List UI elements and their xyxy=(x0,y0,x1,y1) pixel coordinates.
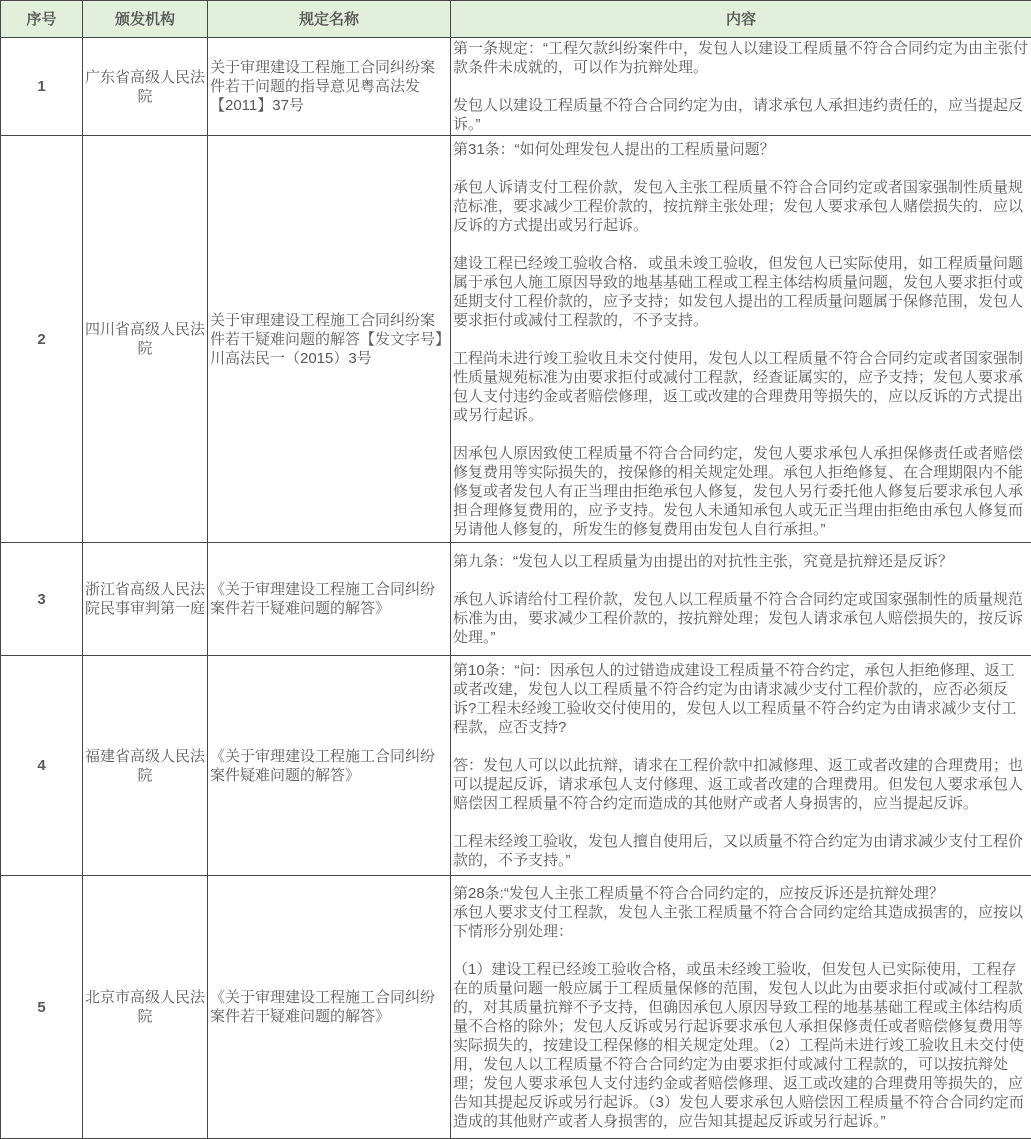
table-row: 4 福建省高级人民法院 《关于审理建设工程施工合同纠纷案件疑难问题的解答》 第1… xyxy=(1,656,1031,876)
agency-cell: 福建省高级人民法院 xyxy=(83,656,208,876)
regulation-cell: 《关于审理建设工程施工合同纠纷案件若干疑难问题的解答》 xyxy=(208,876,451,1139)
agency-cell: 浙江省高级人民法院民事审判第一庭 xyxy=(83,543,208,656)
column-header-regulation: 规定名称 xyxy=(208,1,451,38)
content-paragraph: 工程尚未进行竣工验收且未交付使用，发包人以工程质量不符合合同约定或者国家强制性质… xyxy=(453,349,1029,425)
content-paragraph: 第九条：“发包人以工程质量为由提出的对抗性主张，究竟是抗辩还是反诉？ xyxy=(453,552,1029,571)
row-number-cell: 5 xyxy=(1,876,83,1139)
regulation-cell: 关于审理建设工程施工合同纠纷案件若干问题的指导意见粤高法发【2011】37号 xyxy=(208,38,451,136)
column-header-serial: 序号 xyxy=(1,1,83,38)
content-cell: 第九条：“发包人以工程质量为由提出的对抗性主张，究竟是抗辩还是反诉？ 承包人诉请… xyxy=(451,543,1031,656)
content-paragraph: 第31条：“如何处理发包人提出的工程质量问题？ xyxy=(453,140,1029,159)
agency-cell: 四川省高级人民法院 xyxy=(83,136,208,543)
table-row: 1 广东省高级人民法院 关于审理建设工程施工合同纠纷案件若干问题的指导意见粤高法… xyxy=(1,38,1031,136)
table-row: 3 浙江省高级人民法院民事审判第一庭 《关于审理建设工程施工合同纠纷案件若干疑难… xyxy=(1,543,1031,656)
table-row: 5 北京市高级人民法院 《关于审理建设工程施工合同纠纷案件若干疑难问题的解答》 … xyxy=(1,876,1031,1139)
agency-cell: 广东省高级人民法院 xyxy=(83,38,208,136)
column-header-content: 内容 xyxy=(451,1,1031,38)
regulation-cell: 关于审理建设工程施工合同纠纷案件若干疑难问题的解答【发文字号】川高法民一（201… xyxy=(208,136,451,543)
content-cell: 第一条规定：“工程欠款纠纷案件中，发包人以建设工程质量不符合合同约定为由主张付款… xyxy=(451,38,1031,136)
content-paragraph: 工程未经竣工验收，发包人擅自使用后，又以质量不符合约定为由请求减少支付工程价款的… xyxy=(453,832,1029,870)
agency-cell: 北京市高级人民法院 xyxy=(83,876,208,1139)
row-number-cell: 3 xyxy=(1,543,83,656)
content-paragraph: 因承包人原因致使工程质量不符合合同约定，发包人要求承包人承担保修责任或者赔偿修复… xyxy=(453,444,1029,539)
content-paragraph: 第10条：“问：因承包人的过错造成建设工程质量不符合约定，承包人拒绝修理、返工或… xyxy=(453,661,1029,737)
row-number-cell: 4 xyxy=(1,656,83,876)
content-paragraph: 承包人要求支付工程款，发包人主张工程质量不符合合同约定给其造成损害的，应按以下情… xyxy=(453,903,1029,941)
content-paragraph: 第一条规定：“工程欠款纠纷案件中，发包人以建设工程质量不符合合同约定为由主张付款… xyxy=(453,39,1029,77)
content-paragraph: 建设工程已经竣工验收合格．或虽未竣工验收，但发包人已实际使用，如工程质量问题属于… xyxy=(453,254,1029,330)
content-cell: 第10条：“问：因承包人的过错造成建设工程质量不符合约定，承包人拒绝修理、返工或… xyxy=(451,656,1031,876)
content-paragraph: 答：发包人可以以此抗辩，请求在工程价款中扣减修理、返工或者改建的合理费用；也可以… xyxy=(453,756,1029,813)
content-paragraph: 第28条:“发包人主张工程质量不符合合同约定的，应按反诉还是抗辩处理？ xyxy=(453,884,1029,903)
content-cell: 第31条：“如何处理发包人提出的工程质量问题？ 承包人诉请支付工程价款，发包入主… xyxy=(451,136,1031,543)
content-paragraph: 发包人以建设工程质量不符合合同约定为由，请求承包人承担违约责任的，应当提起反诉。… xyxy=(453,96,1029,134)
content-paragraph: 承包人诉请支付工程价款，发包入主张工程质量不符合合同约定或者国家强制性质量规范标… xyxy=(453,178,1029,235)
regulation-cell: 《关于审理建设工程施工合同纠纷案件若干疑难问题的解答》 xyxy=(208,543,451,656)
regulation-cell: 《关于审理建设工程施工合同纠纷案件疑难问题的解答》 xyxy=(208,656,451,876)
content-paragraph: 承包人诉请给付工程价款，发包人以工程质量不符合合同约定或国家强制性的质量规范标准… xyxy=(453,590,1029,647)
content-paragraph: （1）建设工程已经竣工验收合格，或虽未经竣工验收，但发包人已实际使用，工程存在的… xyxy=(453,960,1029,1131)
table-row: 2 四川省高级人民法院 关于审理建设工程施工合同纠纷案件若干疑难问题的解答【发文… xyxy=(1,136,1031,543)
header-row: 序号 颁发机构 规定名称 内容 xyxy=(1,1,1031,38)
regulations-table: 序号 颁发机构 规定名称 内容 1 广东省高级人民法院 关于审理建设工程施工合同… xyxy=(0,0,1031,1139)
row-number-cell: 1 xyxy=(1,38,83,136)
content-cell: 第28条:“发包人主张工程质量不符合合同约定的，应按反诉还是抗辩处理？ 承包人要… xyxy=(451,876,1031,1139)
row-number-cell: 2 xyxy=(1,136,83,543)
column-header-agency: 颁发机构 xyxy=(83,1,208,38)
